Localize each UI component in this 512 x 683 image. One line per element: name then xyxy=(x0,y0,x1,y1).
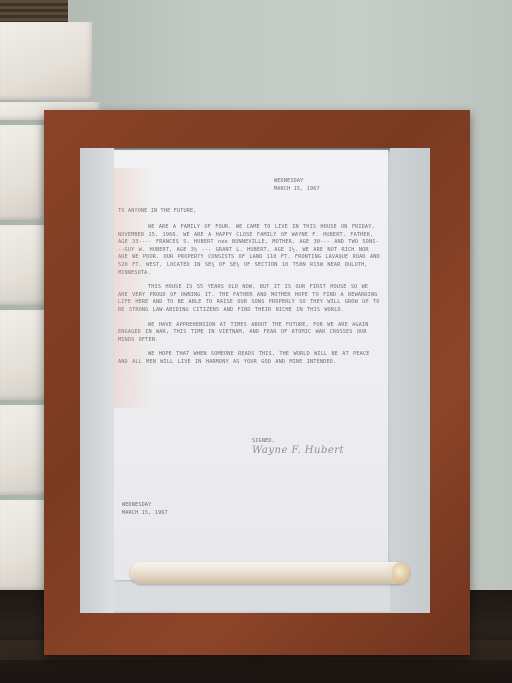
weekday: WEDNESDAY xyxy=(274,178,320,186)
glass-left-margin xyxy=(80,148,114,613)
brick xyxy=(0,22,92,100)
frame-glass: WEDNESDAY MARCH 15, 1967 TO ANYONE IN TH… xyxy=(80,148,430,613)
brick xyxy=(0,405,50,495)
letter-date-top: WEDNESDAY MARCH 15, 1967 xyxy=(274,178,320,193)
signature: Wayne F. Hubert xyxy=(252,447,344,455)
glass-reflection xyxy=(114,168,154,408)
brick xyxy=(0,225,48,305)
tube-cap xyxy=(392,562,410,584)
weekday: WEDNESDAY xyxy=(122,502,168,510)
picture-frame: WEDNESDAY MARCH 15, 1967 TO ANYONE IN TH… xyxy=(44,110,470,655)
letter-date-bottom: WEDNESDAY MARCH 15, 1967 xyxy=(122,502,168,517)
glass-right-margin xyxy=(390,148,430,613)
date: MARCH 15, 1967 xyxy=(122,510,168,518)
date: MARCH 15, 1967 xyxy=(274,186,320,194)
letter-body: WE ARE A FAMILY OF FOUR. WE CAME TO LIVE… xyxy=(118,224,380,374)
letter-paragraph: WE HOPE THAT WHEN SOMEONE READS THIS, TH… xyxy=(118,351,380,366)
brick xyxy=(0,125,44,220)
letter-paper: WEDNESDAY MARCH 15, 1967 TO ANYONE IN TH… xyxy=(114,150,388,580)
brick xyxy=(0,310,50,400)
letter-paragraph: WE ARE A FAMILY OF FOUR. WE CAME TO LIVE… xyxy=(118,224,380,277)
letter-paragraph: THIS HOUSE IS 55 YEARS OLD NOW, BUT IT I… xyxy=(118,284,380,314)
glass-tube xyxy=(130,562,410,584)
letter-paragraph: WE HAVE APPREHENSION AT TIMES ABOUT THE … xyxy=(118,322,380,345)
